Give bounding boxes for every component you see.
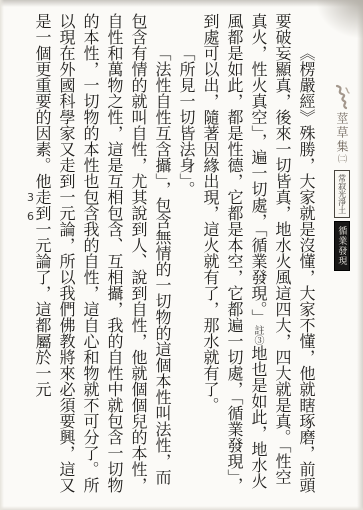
series-label-box: 常寂光淨土 [334, 170, 349, 218]
scan-shadow-left [0, 0, 4, 510]
brush-seal-icon [332, 84, 352, 110]
scan-shadow-top [0, 0, 363, 7]
footnote-ref: 註③ [252, 325, 263, 345]
paragraph-1: 《楞嚴經》殊勝，大家就是沒懂，大家不懂，他就瞎琢磨，前頭要破妄顯真，後來一切皆真… [197, 13, 317, 495]
paragraph-2-quote: 「所見一切皆法身」。 [173, 13, 197, 495]
scan-shadow-bottom [0, 506, 363, 510]
running-head: 莖草集㈡ 常寂光淨土 循業發現 [330, 84, 354, 271]
section-label-box: 循業發現 [334, 221, 351, 271]
book-title: 莖草集㈡ [336, 112, 348, 163]
book-title-text: 莖草集 [335, 112, 349, 154]
book-volume: ㈡ [337, 154, 347, 163]
page-number: 36 [24, 191, 37, 229]
scan-shadow-corner [317, 0, 363, 38]
body-text: 《楞嚴經》殊勝，大家就是沒懂，大家不懂，他就瞎琢磨，前頭要破妄顯真，後來一切皆真… [29, 13, 317, 495]
scan-shadow-right [357, 0, 363, 510]
book-page: 莖草集㈡ 常寂光淨土 循業發現 《楞嚴經》殊勝，大家就是沒懂，大家不懂，他就瞎琢… [0, 0, 363, 510]
paragraph-3: 「法性自性互含攝」，包含無情的一切物的這個本性叫法性，而包含有情的就叫自性，尤其… [29, 13, 173, 495]
